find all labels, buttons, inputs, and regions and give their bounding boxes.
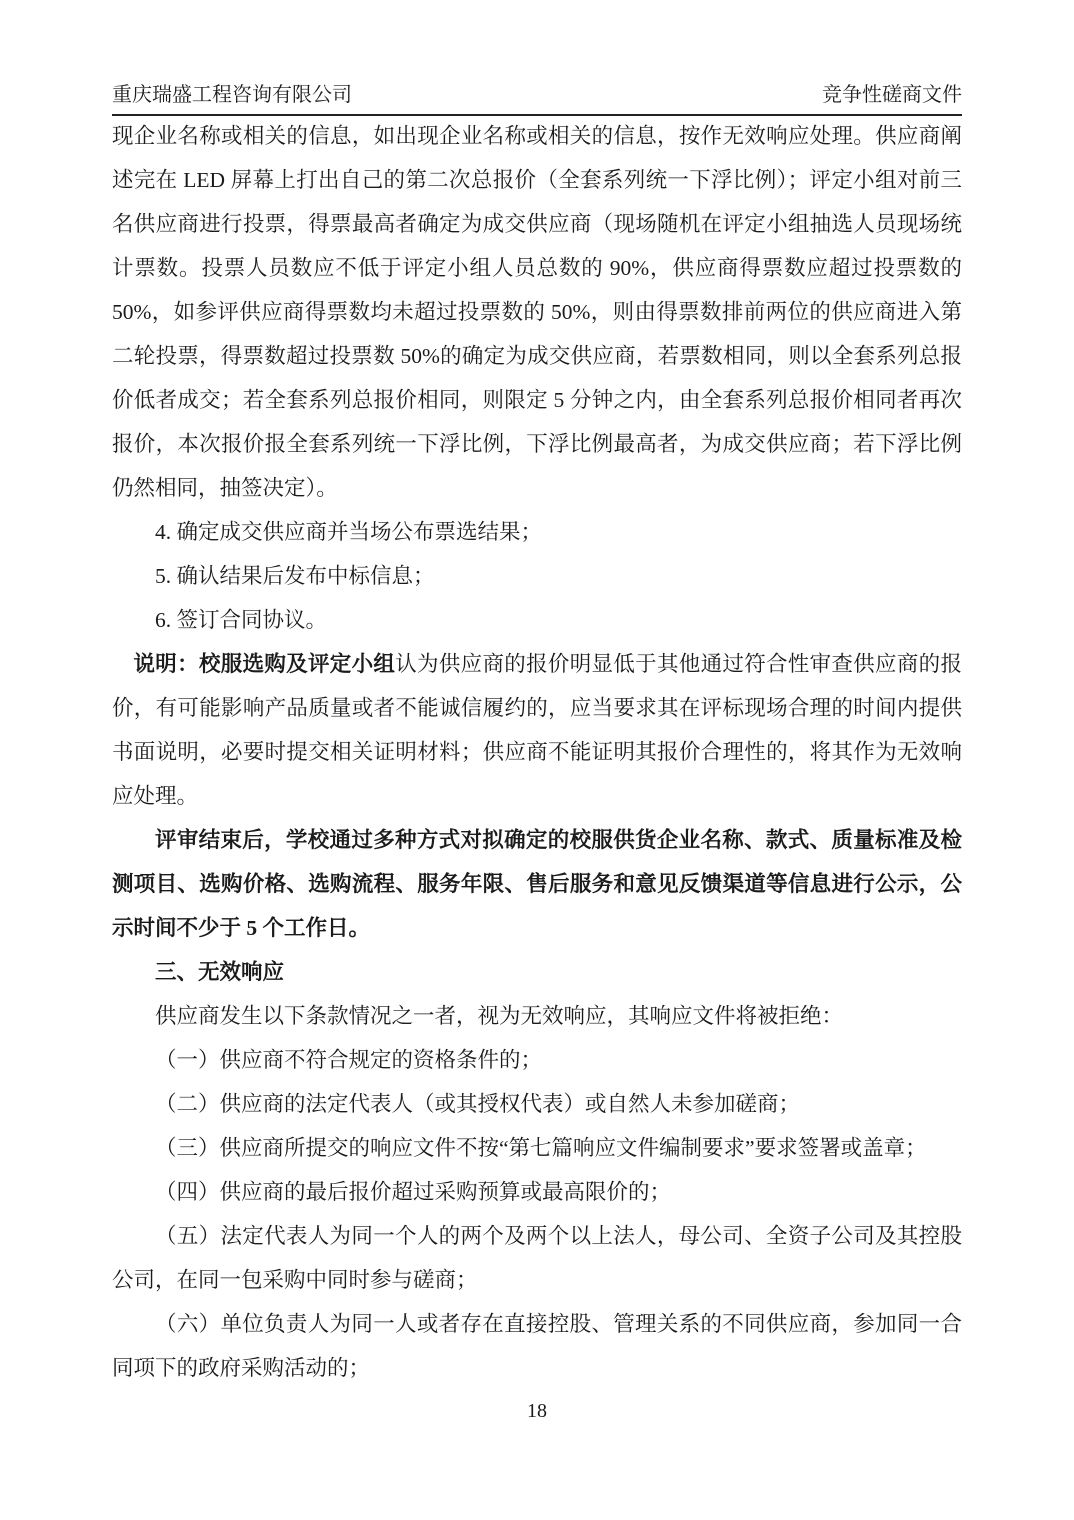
paragraph: 6. 签订合同协议。 — [112, 598, 962, 642]
paragraph-text: 现企业名称或相关的信息，如出现企业名称或相关的信息，按作无效响应处理。供应商阐述… — [112, 124, 962, 500]
paragraph: （一）供应商不符合规定的资格条件的； — [112, 1038, 962, 1082]
paragraph-text: （四）供应商的最后报价超过采购预算或最高限价的； — [155, 1180, 671, 1204]
paragraph-text: （二）供应商的法定代表人（或其授权代表）或自然人未参加磋商； — [155, 1092, 800, 1116]
paragraph: （三）供应商所提交的响应文件不按“第七篇响应文件编制要求”要求签署或盖章； — [112, 1126, 962, 1170]
paragraph: 现企业名称或相关的信息，如出现企业名称或相关的信息，按作无效响应处理。供应商阐述… — [112, 114, 962, 510]
paragraph: （四）供应商的最后报价超过采购预算或最高限价的； — [112, 1170, 962, 1214]
paragraph: （二）供应商的法定代表人（或其授权代表）或自然人未参加磋商； — [112, 1082, 962, 1126]
paragraph: 三、无效响应 — [112, 950, 962, 994]
paragraph: （五）法定代表人为同一个人的两个及两个以上法人，母公司、全资子公司及其控股公司，… — [112, 1214, 962, 1302]
paragraph-text: 5. 确认结果后发布中标信息； — [155, 564, 435, 588]
paragraph: 供应商发生以下条款情况之一者，视为无效响应，其响应文件将被拒绝： — [112, 994, 962, 1038]
paragraph-text: （一）供应商不符合规定的资格条件的； — [155, 1048, 542, 1072]
paragraph: （六）单位负责人为同一人或者存在直接控股、管理关系的不同供应商，参加同一合同项下… — [112, 1302, 962, 1390]
paragraph-text-bold: 校服选购及评定小组 — [199, 652, 395, 676]
paragraph-text: （六）单位负责人为同一人或者存在直接控股、管理关系的不同供应商，参加同一合同项下… — [112, 1312, 962, 1380]
document-page: 重庆瑞盛工程咨询有限公司 竞争性磋商文件 现企业名称或相关的信息，如出现企业名称… — [0, 0, 1074, 1520]
paragraph-text: （三）供应商所提交的响应文件不按“第七篇响应文件编制要求”要求签署或盖章； — [155, 1136, 927, 1160]
paragraph-text-bold: 评审结束后，学校通过多种方式对拟确定的校服供货企业名称、款式、质量标准及检测项目… — [112, 828, 962, 940]
paragraph-text-bold: 说明： — [134, 652, 199, 676]
paragraph-text-bold: 三、无效响应 — [155, 960, 284, 984]
header-company-name: 重庆瑞盛工程咨询有限公司 — [112, 83, 352, 107]
paragraph: 评审结束后，学校通过多种方式对拟确定的校服供货企业名称、款式、质量标准及检测项目… — [112, 818, 962, 950]
paragraph: 说明：校服选购及评定小组认为供应商的报价明显低于其他通过符合性审查供应商的报价，… — [112, 642, 962, 818]
page-footer: 18 — [0, 1398, 1074, 1424]
page-header: 重庆瑞盛工程咨询有限公司 竞争性磋商文件 — [112, 83, 962, 116]
page-number: 18 — [527, 1400, 547, 1422]
paragraph-text: 4. 确定成交供应商并当场公布票选结果； — [155, 520, 542, 544]
paragraph-text: 6. 签订合同协议。 — [155, 608, 327, 632]
paragraph: 5. 确认结果后发布中标信息； — [112, 554, 962, 598]
paragraph: 4. 确定成交供应商并当场公布票选结果； — [112, 510, 962, 554]
paragraph-text: （五）法定代表人为同一个人的两个及两个以上法人，母公司、全资子公司及其控股公司，… — [112, 1224, 962, 1292]
document-body: 现企业名称或相关的信息，如出现企业名称或相关的信息，按作无效响应处理。供应商阐述… — [112, 114, 962, 1390]
paragraph-text: 供应商发生以下条款情况之一者，视为无效响应，其响应文件将被拒绝： — [155, 1004, 843, 1028]
header-document-type: 竞争性磋商文件 — [822, 83, 962, 107]
